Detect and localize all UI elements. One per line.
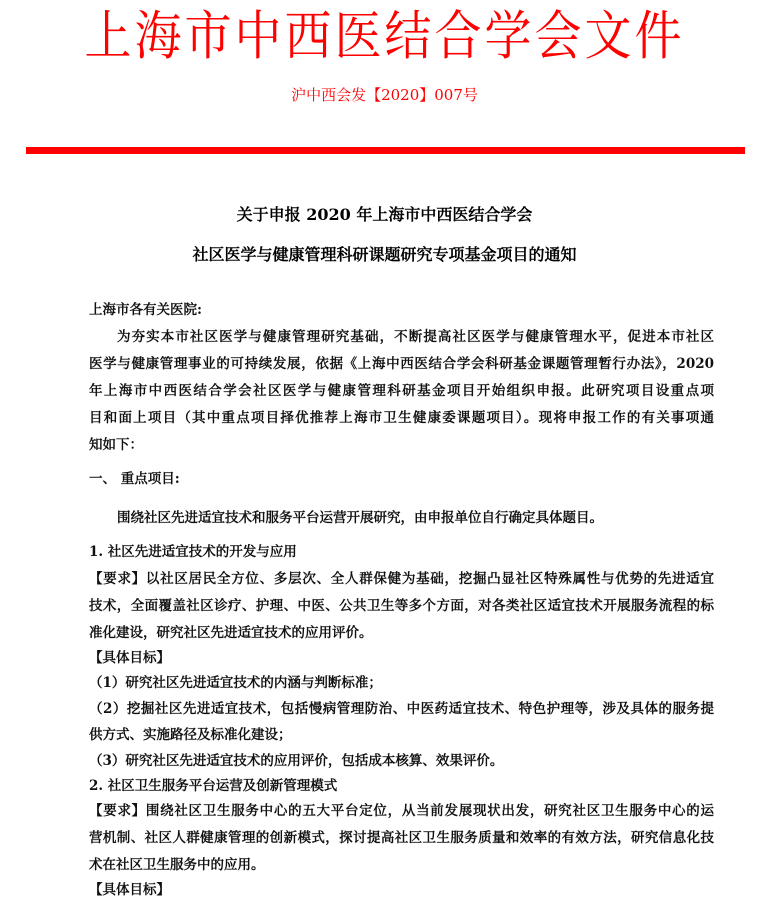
item2-requirement-line: 术在社区卫生服务中的应用。	[89, 856, 265, 874]
item1-requirement-line: 准化建设，研究社区先进适宜技术的应用评价。	[89, 624, 373, 642]
item1-heading: 1. 社区先进适宜技术的开发与应用	[89, 543, 297, 561]
item1-goal: 供方式、实施路径及标准化建设；	[89, 726, 292, 744]
org-title: 上海市中西医结合学会文件	[0, 6, 769, 69]
red-divider	[26, 147, 745, 154]
item1-goal: （2）挖掘社区先进适宜技术，包括慢病管理防治、中医药适宜技术、特色护理等，涉及具…	[89, 700, 714, 718]
item1-goal: （3）研究社区先进适宜技术的应用评价，包括成本核算、效果评价。	[89, 752, 503, 770]
intro-line: 医学与健康管理事业的可持续发展，依据《上海中西医结合学会科研基金课题管理暂行办法…	[89, 355, 714, 373]
section1-heading: 一、 重点项目:	[89, 470, 180, 488]
item1-requirement-line: 【要求】以社区居民全方位、多层次、全人群保健为基础，挖掘凸显社区特殊属性与优势的…	[89, 570, 714, 588]
salutation: 上海市各有关医院:	[89, 301, 202, 319]
intro-line: 年上海市中西医结合学会社区医学与健康管理科研基金项目开始组织申报。此研究项目设重…	[89, 382, 714, 400]
item1-requirement-line: 技术，全面覆盖社区诊疗、护理、中医、公共卫生等多个方面，对各类社区适宜技术开展服…	[89, 597, 714, 615]
notice-title-line1: 关于申报 2020 年上海市中西医结合学会	[0, 204, 769, 226]
section1-description: 围绕社区先进适宜技术和服务平台运营开展研究，由申报单位自行确定具体题目。	[89, 509, 603, 527]
item1-goal: （1）研究社区先进适宜技术的内涵与判断标准；	[89, 674, 382, 692]
item2-requirement-line: 营机制、社区人群健康管理的创新模式，探讨提高社区卫生服务质量和效率的有效方法，研…	[89, 829, 714, 847]
item2-heading: 2. 社区卫生服务平台运营及创新管理模式	[89, 777, 337, 795]
intro-line: 知如下：	[89, 436, 143, 454]
intro-line: 为夯实本市社区医学与健康管理研究基础，不断提高社区医学与健康管理水平，促进本市社…	[89, 328, 714, 346]
item2-requirement-line: 【要求】围绕社区卫生服务中心的五大平台定位，从当前发展现状出发，研究社区卫生服务…	[89, 802, 714, 820]
intro-line: 目和面上项目（其中重点项目择优推荐上海市卫生健康委课题项目）。现将申报工作的有关…	[89, 409, 714, 427]
notice-title-line2: 社区医学与健康管理科研课题研究专项基金项目的通知	[0, 244, 769, 266]
doc-number: 沪中西会发【2020】007号	[0, 84, 769, 106]
item2-goals-label: 【具体目标】	[89, 881, 170, 899]
item1-goals-label: 【具体目标】	[89, 649, 170, 667]
